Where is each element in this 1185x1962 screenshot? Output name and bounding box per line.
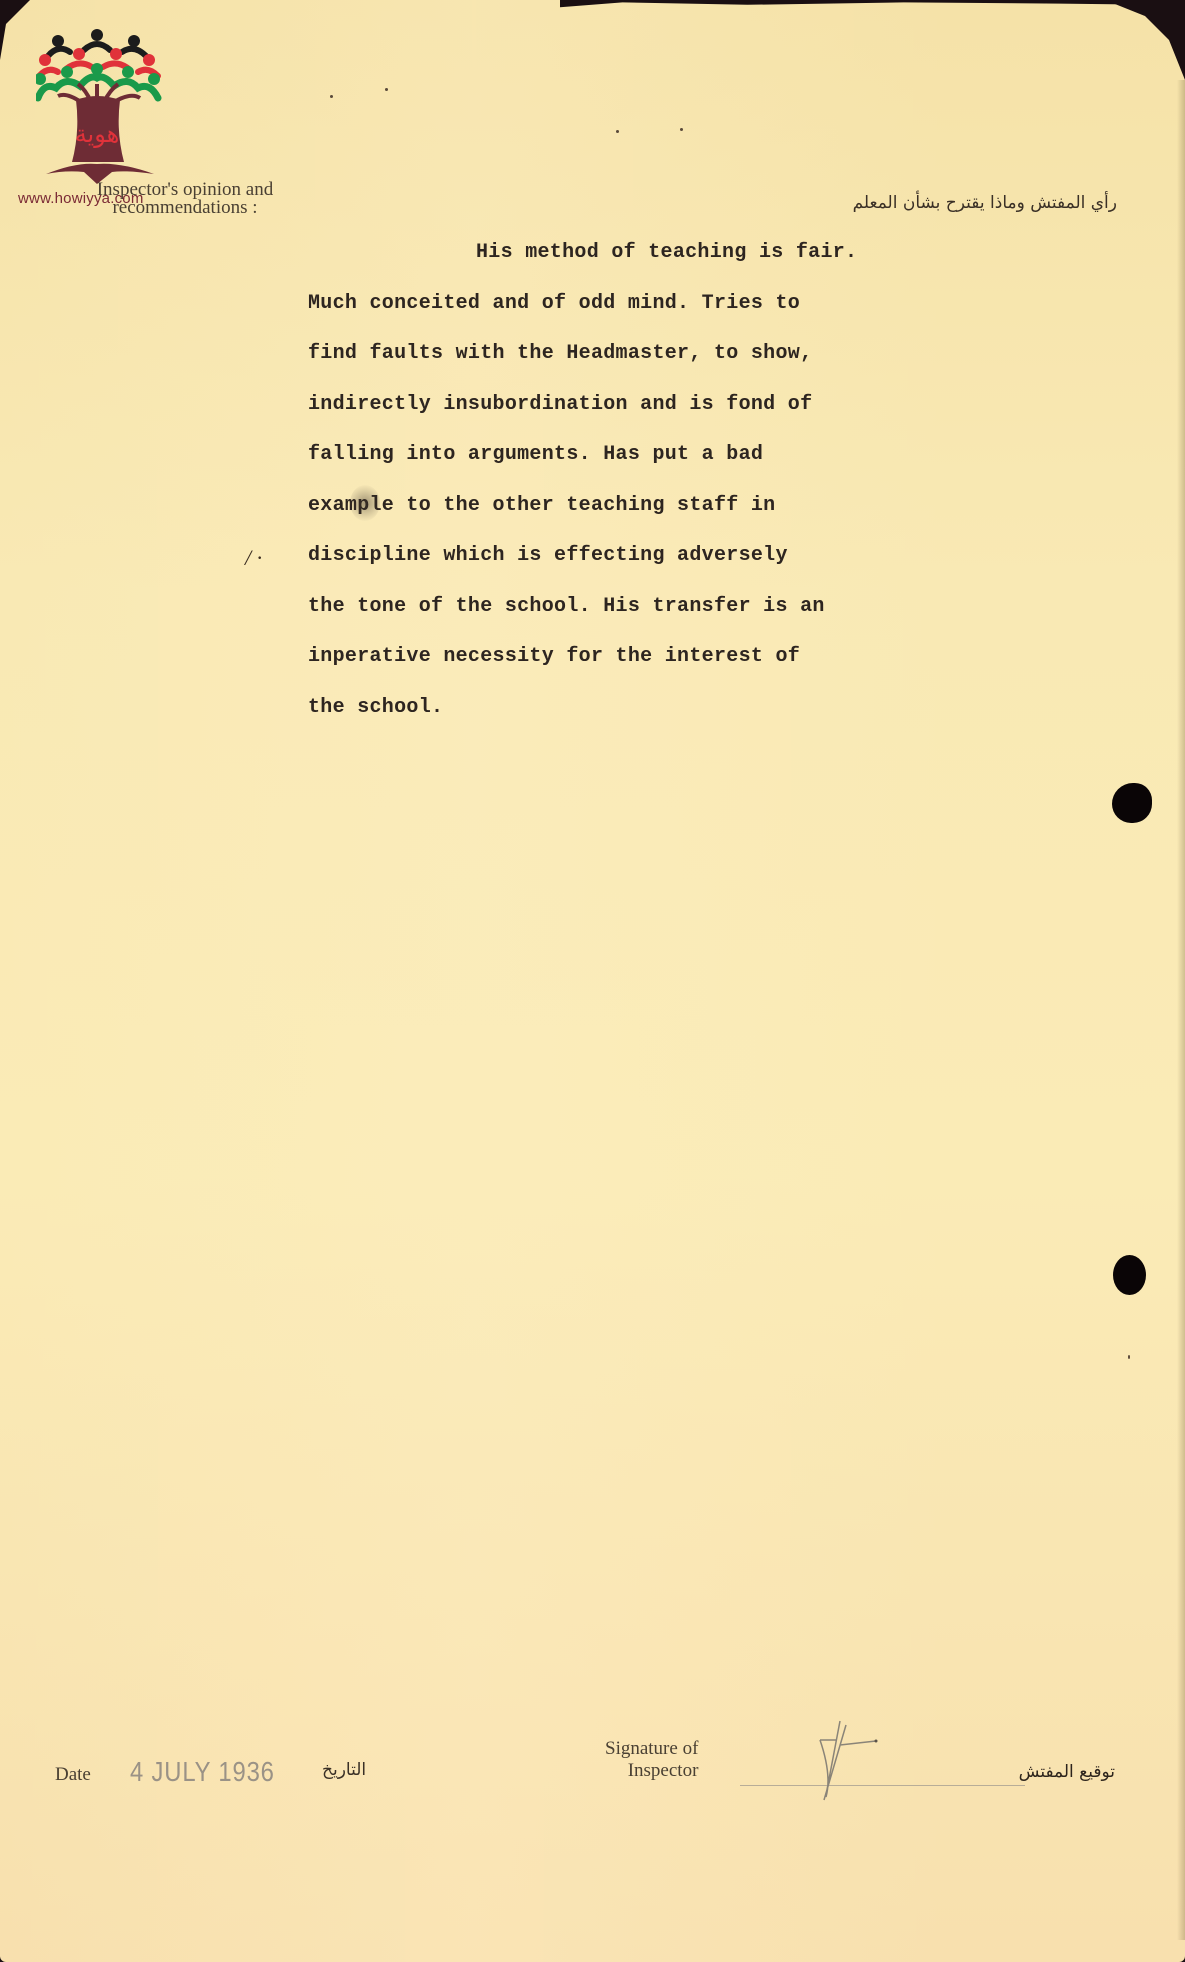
paper-speck — [330, 95, 333, 98]
torn-edge-top — [560, 0, 1185, 12]
report-line: the school. — [308, 691, 968, 742]
report-line: inperative necessity for the interest of — [308, 640, 968, 691]
signature-label-line-1: Signature of — [605, 1738, 698, 1760]
date-label-arabic: التاريخ — [322, 1760, 366, 1780]
report-line: His method of teaching is fair. — [308, 236, 968, 287]
report-line: falling into arguments. Has put a bad — [308, 438, 968, 489]
paper-speck — [1128, 1355, 1130, 1359]
watermark-url: www.howiyya.com — [18, 190, 144, 207]
signature-label: Signature of Inspector — [605, 1738, 698, 1782]
page-edge-shadow — [1177, 80, 1185, 1940]
signature-label-line-2: Inspector — [605, 1760, 698, 1782]
report-line: the tone of the school. His transfer is … — [308, 590, 968, 641]
typed-report-body: His method of teaching is fair. Much con… — [308, 236, 968, 741]
paper-speck — [385, 88, 388, 91]
handwritten-signature-icon — [780, 1715, 900, 1805]
svg-text:هوية: هوية — [75, 120, 120, 148]
document-page: هوية www.howiyya.com Inspector's opinion… — [0, 0, 1185, 1962]
ink-smudge — [350, 485, 380, 521]
paper-speck — [680, 128, 683, 131]
signature-label-arabic: توقيع المفتش — [1019, 1762, 1115, 1782]
report-line: example to the other teaching staff in — [308, 489, 968, 540]
report-line: Much conceited and of odd mind. Tries to — [308, 287, 968, 338]
punch-hole-icon — [1113, 1255, 1146, 1295]
report-line: find faults with the Headmaster, to show… — [308, 337, 968, 388]
date-label: Date — [55, 1764, 91, 1786]
torn-corner-top-left — [0, 0, 30, 60]
margin-pencil-mark: / · — [245, 545, 262, 571]
paper-speck — [616, 130, 619, 133]
inspector-opinion-label-arabic: رأي المفتش وماذا يقترح بشأن المعلم — [853, 193, 1117, 213]
howiyya-tree-logo-icon: هوية — [36, 22, 171, 187]
date-stamp: 4 JULY 1936 — [130, 1756, 275, 1788]
punch-hole-icon — [1112, 783, 1152, 823]
torn-corner-top-right — [1105, 0, 1185, 80]
report-line: discipline which is effecting adversely — [308, 539, 968, 590]
report-line: indirectly insubordination and is fond o… — [308, 388, 968, 439]
